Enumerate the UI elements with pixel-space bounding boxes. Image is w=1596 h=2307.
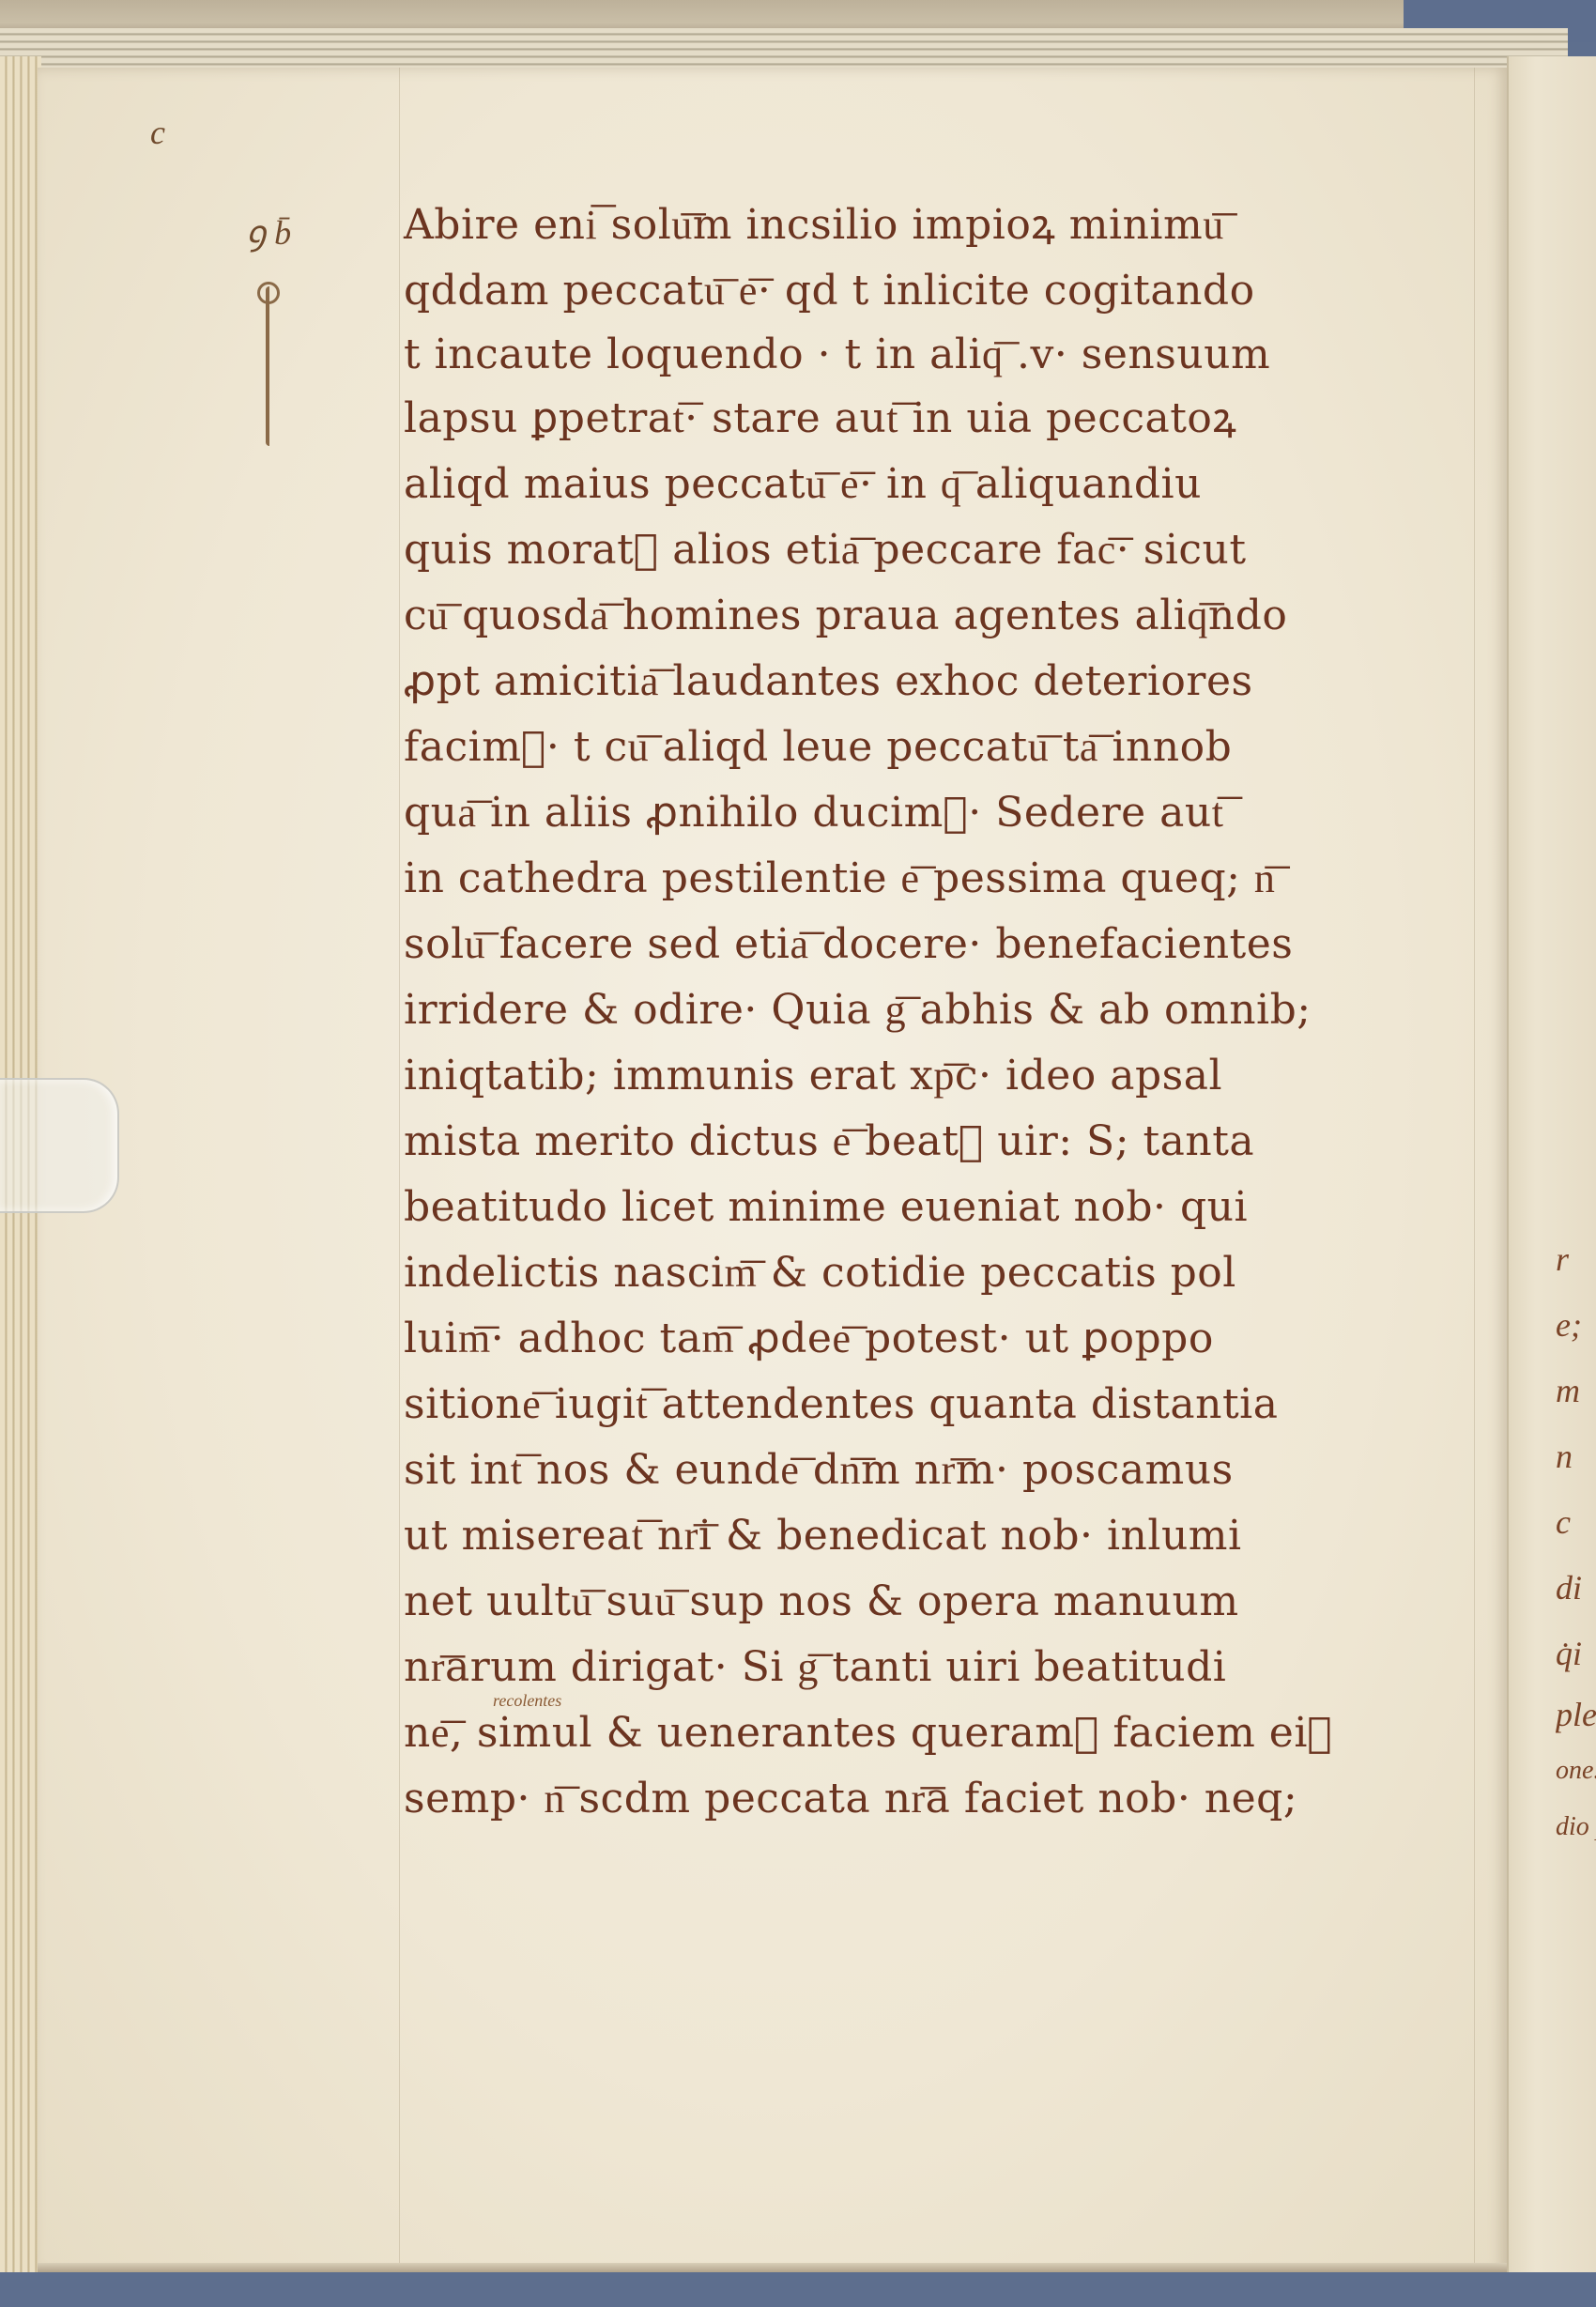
text-line: beatitudo licet minime eueniat nob· qui xyxy=(404,1175,1248,1240)
text-line: luim͞· adhoc tam͞ ꝓdee͞ potest· ut ꝑoppo xyxy=(404,1306,1214,1372)
text-line: sitione͞ iugit͞ attendentes quanta dista… xyxy=(404,1372,1278,1438)
text-line: qddam peccatu͞ e͞· qd t inlicite cogitan… xyxy=(404,258,1255,324)
page-clip-holder xyxy=(0,1078,119,1213)
background-cloth-bottom xyxy=(0,2272,1596,2307)
text-line: facim᷒· t cu͞ aliqd leue peccatu͞ ta͞ in… xyxy=(404,715,1232,780)
facing-fragment: m xyxy=(1556,1371,1596,1410)
text-line: ne͞, simul & uenerantes queram᷒ faciem e… xyxy=(404,1700,1332,1766)
text-line: in cathedra pestilentie e͞ pessima queq;… xyxy=(404,846,1275,912)
text-line: aliqd maius peccatu͞ e͞· in q͞ aliquandi… xyxy=(404,452,1202,517)
text-line: solu͞ facere sed etia͞ docere· benefacie… xyxy=(404,912,1293,977)
margin-mark-top: c xyxy=(150,113,165,152)
margin-annotation: ꝯ b̄ xyxy=(246,208,291,254)
text-line: cu͞ quosda͞ homines praua agentes aliq͞n… xyxy=(404,583,1287,649)
facing-fragment: one. xyxy=(1556,1756,1596,1786)
facing-fragment: c xyxy=(1556,1502,1596,1542)
text-line: net uultu͞ suu͞ sup nos & opera manuum xyxy=(404,1569,1239,1635)
text-line: mista merito dictus e͞ beat᷒ uir: S; tan… xyxy=(404,1109,1254,1175)
ruling-line-left xyxy=(399,68,400,2274)
text-line: ꝓpt amicitia͞ laudantes exhoc deteriores xyxy=(404,649,1253,715)
text-line: t incaute loquendo · t in aliq͞ .v· sens… xyxy=(404,322,1270,388)
text-line: Abire eni͞ solu͞m incsilio impioꝝ minimu… xyxy=(404,192,1224,258)
text-line: sit int͞ nos & eunde͞ dn͞m nr͞m· poscamu… xyxy=(404,1438,1234,1503)
text-line: iniqtatib; immunis erat xp͞c· ideo apsal xyxy=(404,1043,1222,1109)
text-line: qua͞ in aliis ꝓnihilo ducim᷒· Sedere aut… xyxy=(404,780,1223,846)
facing-fragment: di xyxy=(1556,1568,1596,1607)
facing-page-sliver: r e; m n c di q̇i ple one. dio p xyxy=(1507,56,1596,2282)
text-line: irridere & odire· Quia g͞ abhis & ab omn… xyxy=(404,977,1312,1043)
text-line: semp· n͞ scdm peccata nr͞a faciet nob· n… xyxy=(404,1766,1297,1832)
facing-fragment: ple xyxy=(1556,1695,1596,1734)
facing-fragment: e; xyxy=(1556,1305,1596,1345)
facing-fragment: r xyxy=(1556,1239,1596,1279)
facing-fragment: n xyxy=(1556,1437,1596,1476)
facing-fragment: q̇i xyxy=(1556,1634,1596,1673)
ruling-line-right xyxy=(1474,68,1475,2274)
text-line: quis morat᷒ alios etia͞ peccare fac͞· si… xyxy=(404,517,1247,583)
text-line: lapsu ꝑpetrat͞· stare aut͞ in uia peccat… xyxy=(404,386,1236,452)
facing-fragment: dio p xyxy=(1556,1812,1596,1842)
margin-flourish-icon xyxy=(266,286,275,446)
text-line: ut misereat͞ nr͞i & benedicat nob· inlum… xyxy=(404,1503,1242,1569)
text-line: indelictis nascim͞ & cotidie peccatis po… xyxy=(404,1240,1236,1306)
